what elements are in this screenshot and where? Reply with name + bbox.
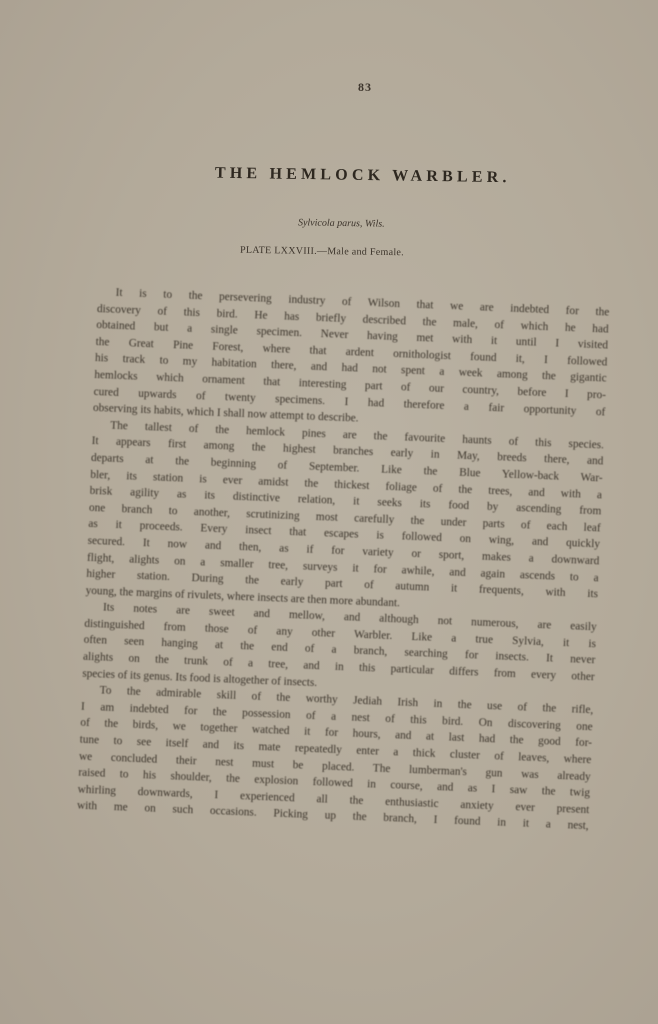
- paragraph: To the admirable skill of the worthy Jed…: [77, 682, 594, 835]
- document-page: 83 THE HEMLOCK WARBLER. Sylvicola parus,…: [0, 0, 658, 1024]
- plate-caption: PLATE LXXVIII.—Male and Female.: [240, 245, 404, 259]
- page-number: 83: [358, 80, 372, 95]
- species-name: Sylvicola parus, Wils.: [298, 217, 385, 229]
- page-title: THE HEMLOCK WARBLER.: [178, 164, 548, 188]
- paragraph: The tallest of the hemlock pines are the…: [85, 417, 604, 620]
- paragraph: It is to the persevering industry of Wil…: [93, 284, 610, 437]
- body-text: It is to the persevering industry of Wil…: [77, 284, 610, 835]
